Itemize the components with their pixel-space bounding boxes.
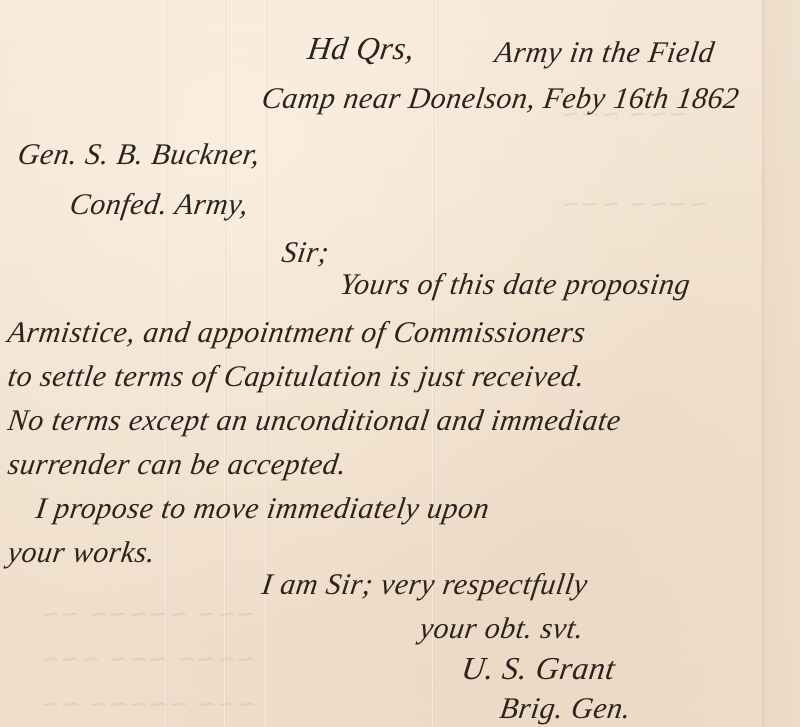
body-line: to settle terms of Capitulation is just … (6, 360, 587, 394)
closing-line: your obt. svt. (418, 612, 586, 646)
bleed-through-text: ~~~~ ~~~ ~~~ (40, 645, 256, 673)
body-line: surrender can be accepted. (6, 448, 349, 482)
addressee-name: Gen. S. B. Buckner, (16, 138, 263, 172)
body-line: No terms except an unconditional and imm… (6, 404, 624, 438)
body-line: your works. (6, 536, 158, 570)
heading-place-date: Camp near Donelson, Feby 16th 1862 (260, 82, 742, 116)
bleed-through-text: ~~~~ ~~~ (560, 190, 708, 218)
bleed-through-text: ~~~ ~~~~~ ~~ (40, 690, 256, 718)
heading-headquarters: Hd Qrs, (305, 30, 417, 67)
addressee-affiliation: Confed. Army, (68, 188, 251, 222)
signature-name: U. S. Grant (459, 650, 617, 687)
salutation: Sir; (280, 236, 332, 270)
bleed-through-text: ~~~ ~~~~~ ~~ (40, 600, 256, 628)
body-line: I propose to move immediately upon (34, 492, 492, 526)
body-line: Armistice, and appointment of Commission… (6, 316, 588, 350)
page-edge (762, 0, 800, 727)
heading-army: Army in the Field (493, 36, 717, 70)
body-line: Yours of this date proposing (338, 268, 693, 302)
signature-rank: Brig. Gen. (498, 692, 634, 726)
closing-line: I am Sir; very respectfully (260, 568, 590, 602)
